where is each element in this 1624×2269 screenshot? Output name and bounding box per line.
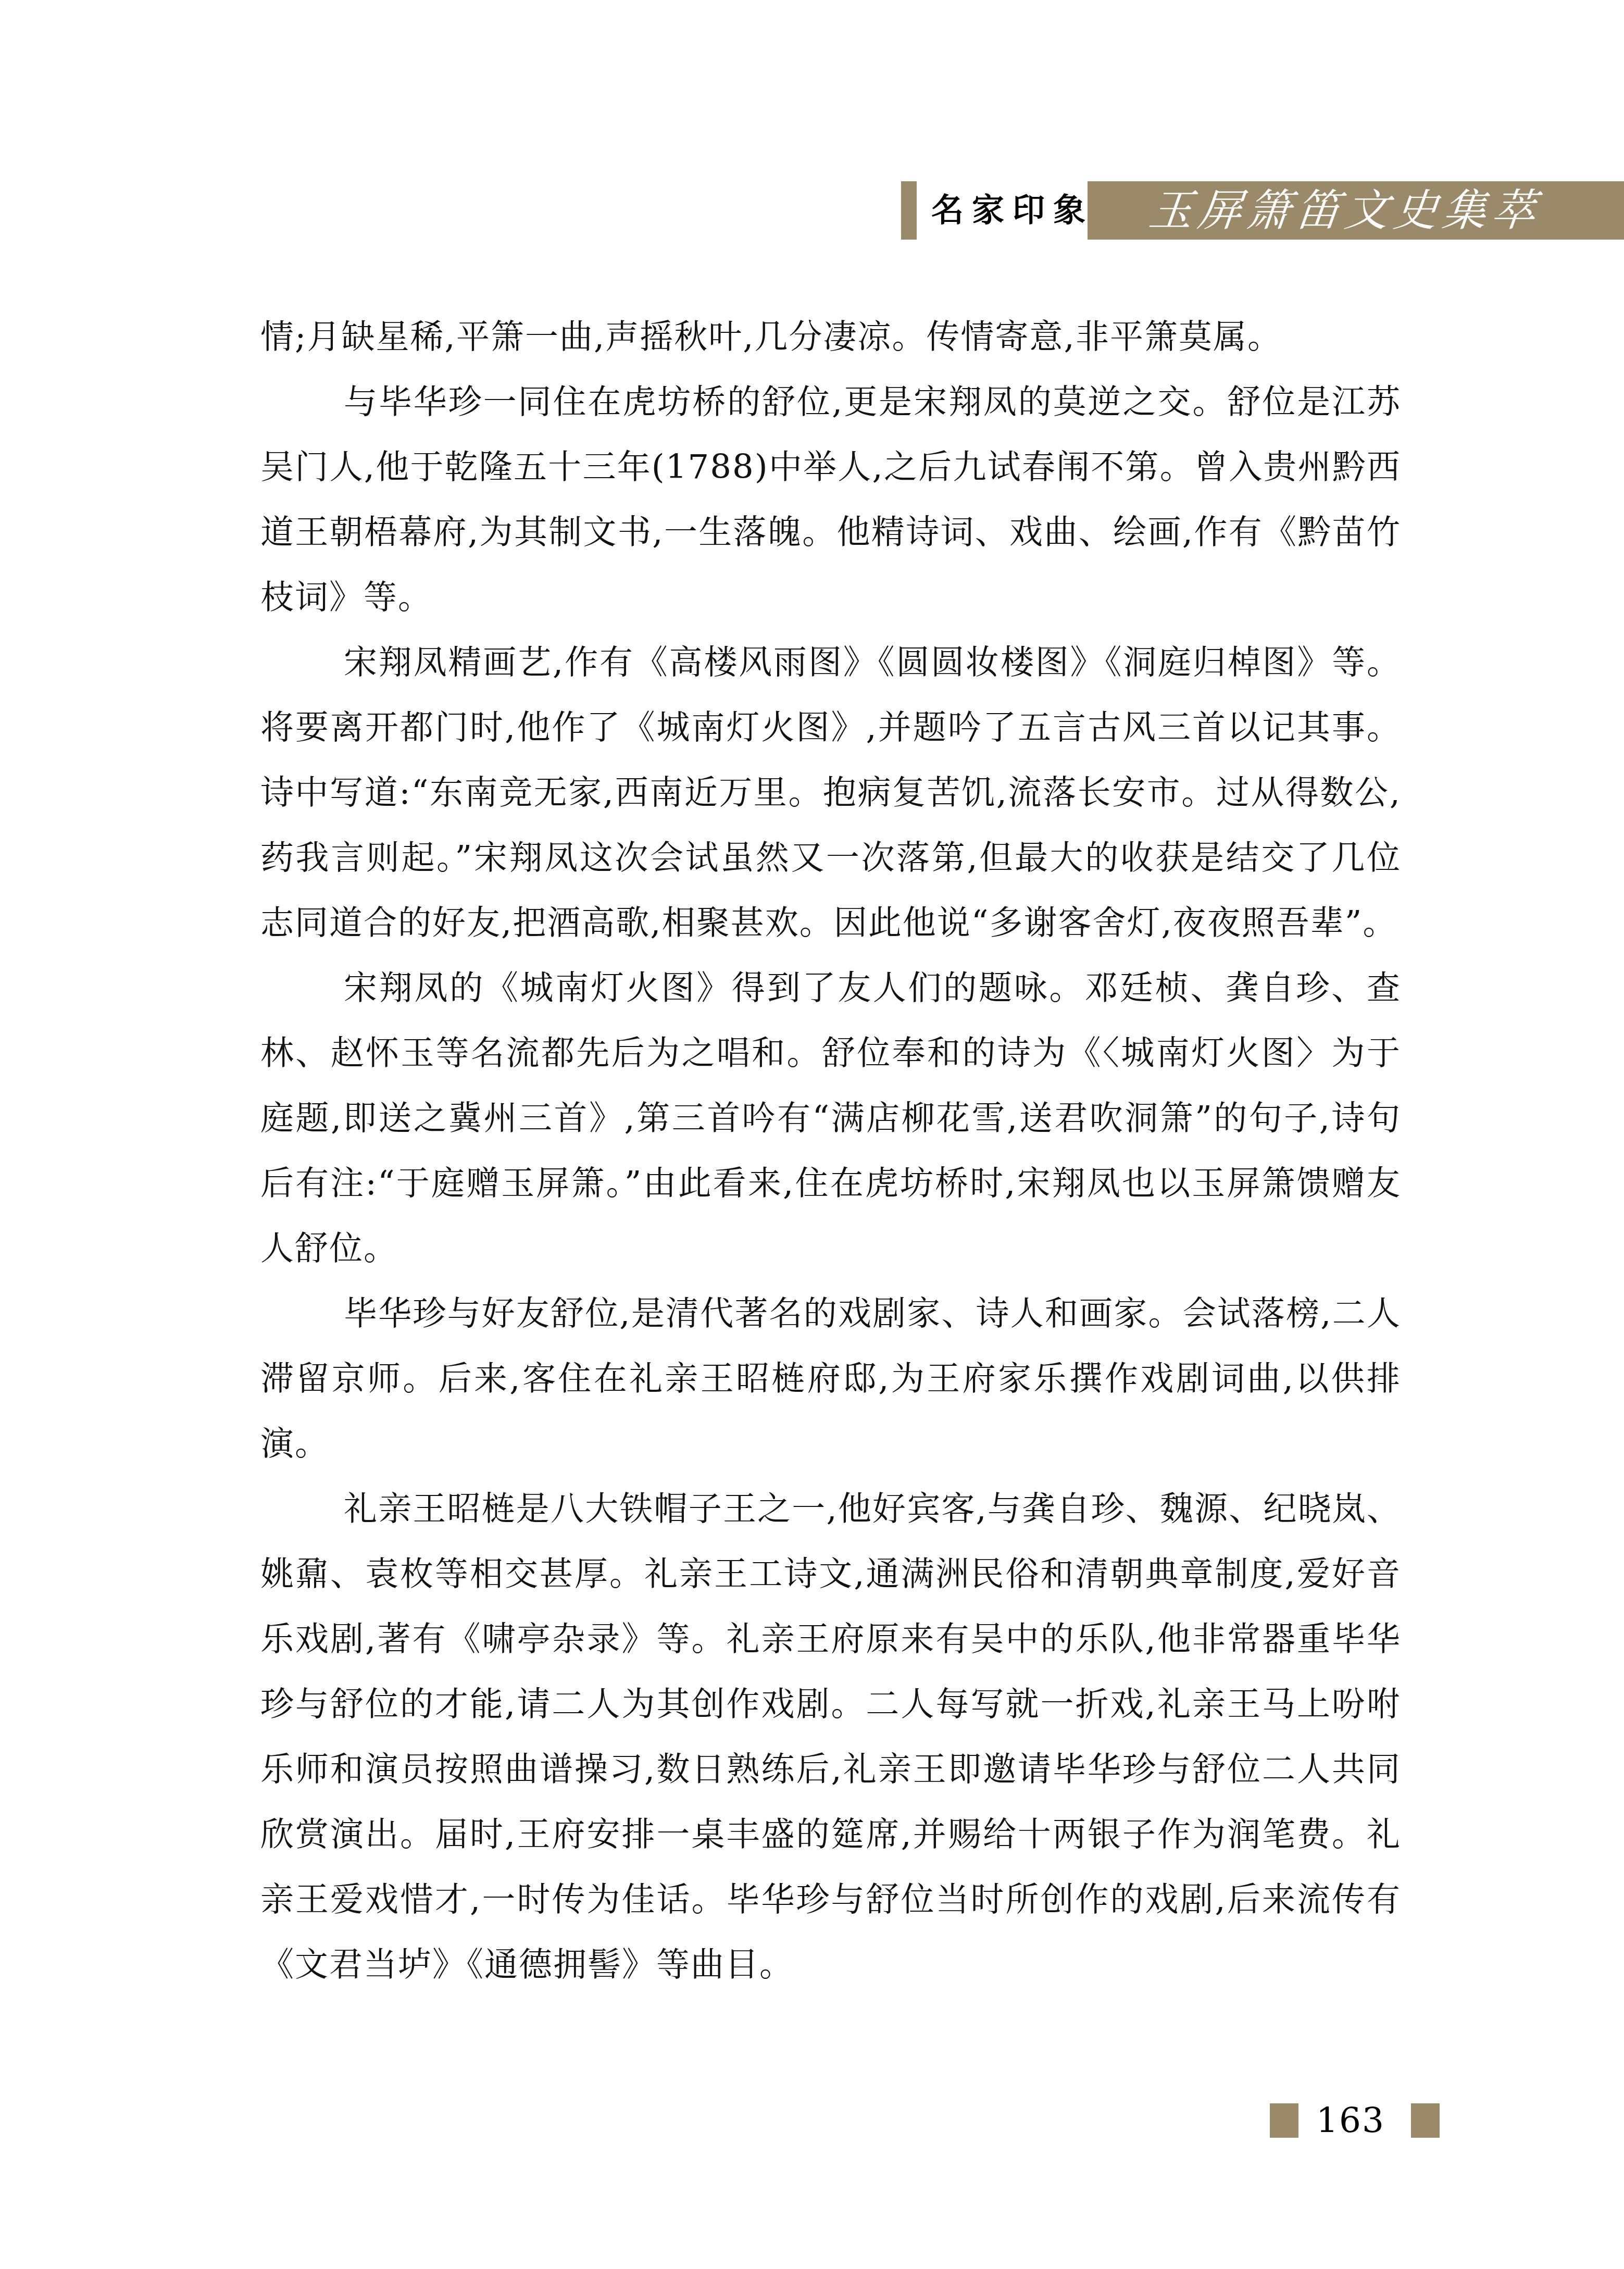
footer-accent-square-right [1411,2103,1440,2138]
book-title-banner: 玉屏箫笛文史集萃 [1088,181,1624,240]
book-title-calligraphy: 玉屏箫笛文史集萃 [1146,181,1544,240]
footer-accent-square-left [1270,2103,1298,2138]
body-paragraph-continuation: 情;月缺星稀,平箫一曲,声摇秋叶,几分凄凉。传情寄意,非平箫莫属。 [260,305,1401,370]
section-title: 名家印象 [931,181,1094,240]
header-accent-bar [901,181,917,240]
scanned-book-page: 名家印象 玉屏箫笛文史集萃 情;月缺星稀,平箫一曲,声摇秋叶,几分凄凉。传情寄意… [0,0,1624,2269]
body-paragraph-4: 宋翔凤的《城南灯火图》得到了友人们的题咏。邓廷桢、龚自珍、查林、赵怀玉等名流都先… [260,956,1401,1281]
body-paragraph-3: 宋翔凤精画艺,作有《高楼风雨图》《圆圆妆楼图》《洞庭归棹图》等。将要离开都门时,… [260,630,1401,956]
body-paragraph-6: 礼亲王昭梿是八大铁帽子王之一,他好宾客,与龚自珍、魏源、纪晓岚、姚鼐、袁枚等相交… [260,1477,1401,1998]
body-paragraph-2: 与毕华珍一同住在虎坊桥的舒位,更是宋翔凤的莫逆之交。舒位是江苏吴门人,他于乾隆五… [260,370,1401,630]
body-paragraph-5: 毕华珍与好友舒位,是清代著名的戏剧家、诗人和画家。会试落榜,二人滞留京师。后来,… [260,1281,1401,1477]
page-body-text: 情;月缺星稀,平箫一曲,声摇秋叶,几分凄凉。传情寄意,非平箫莫属。 与毕华珍一同… [260,305,1401,1998]
page-footer: 163 [1270,2103,1440,2138]
page-number: 163 [1298,2103,1411,2138]
